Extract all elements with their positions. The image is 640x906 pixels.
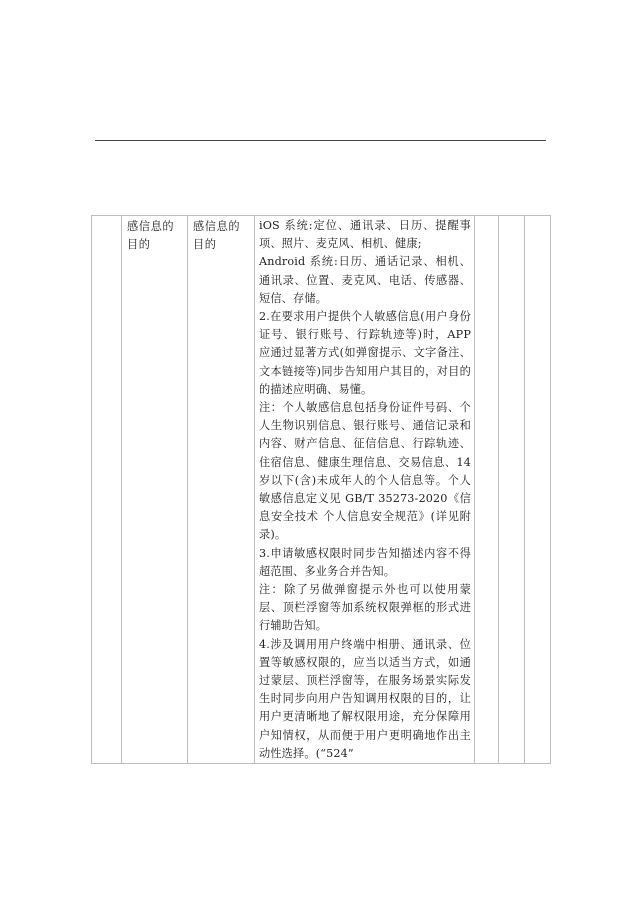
requirements-table: 感信息的目的 感信息的目的 iOS 系统:定位、通讯录、日历、提醒事项、照片、麦… xyxy=(91,215,551,764)
paragraph-android-permissions: Android 系统:日历、通话记录、相机、通讯录、位置、麦克风、电话、传感器、… xyxy=(259,253,471,308)
cell-check-2 xyxy=(499,216,525,764)
cell-index xyxy=(92,216,122,764)
cell-category: 感信息的目的 xyxy=(122,216,188,764)
paragraph-ios-permissions: iOS 系统:定位、通讯录、日历、提醒事项、照片、麦克风、相机、健康; xyxy=(259,217,471,253)
paragraph-requirement-4: 4.涉及调用用户终端中相册、通讯录、位置等敏感权限的，应当以适当方式，如通过蒙层… xyxy=(259,636,471,763)
paragraph-requirement-2: 2.在要求用户提供个人敏感信息(用户身份证号、银行账号、行踪轨迹等)时，APP … xyxy=(259,308,471,399)
cell-requirements: iOS 系统:定位、通讯录、日历、提醒事项、照片、麦克风、相机、健康; Andr… xyxy=(255,216,475,764)
paragraph-note-sensitive-info: 注：个人敏感信息包括身份证件号码、个人生物识别信息、银行账号、通信记录和内容、财… xyxy=(259,399,471,545)
cell-check-3 xyxy=(525,216,551,764)
paragraph-requirement-3: 3.申请敏感权限时同步告知描述内容不得超范围、多业务合并告知。 xyxy=(259,545,471,581)
cell-check-1 xyxy=(475,216,499,764)
header-rule xyxy=(95,140,546,141)
table-row: 感信息的目的 感信息的目的 iOS 系统:定位、通讯录、日历、提醒事项、照片、麦… xyxy=(92,216,551,764)
cell-item: 感信息的目的 xyxy=(188,216,255,764)
paragraph-note-overlay: 注：除了另做弹窗提示外也可以使用蒙层、顶栏浮窗等加系统权限弹框的形式进行辅助告知… xyxy=(259,581,471,636)
